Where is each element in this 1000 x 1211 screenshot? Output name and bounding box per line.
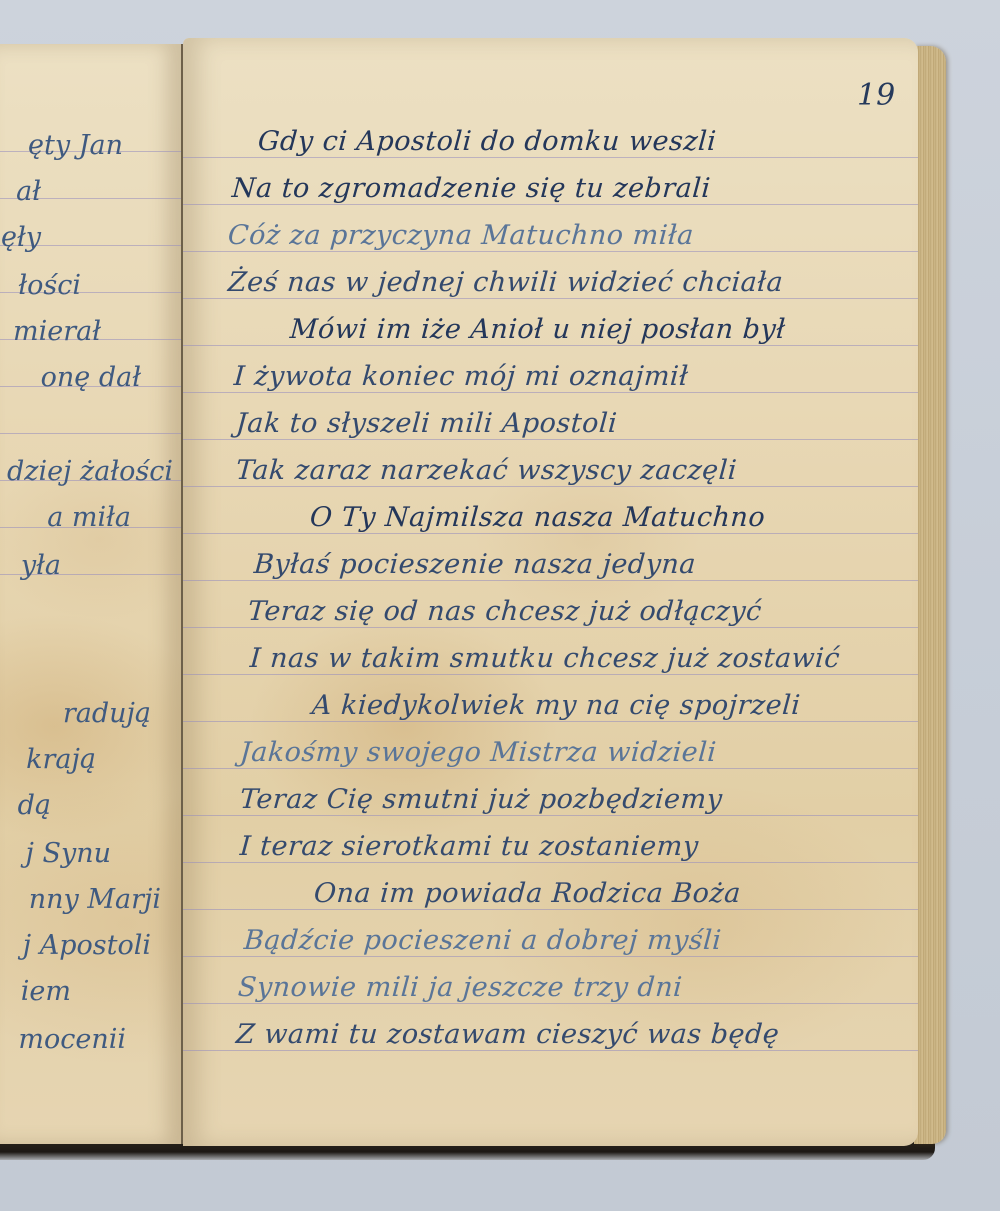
poem-line: Żeś nas w jednej chwili widzieć chciała [227,267,784,298]
left-page: ęty Jan ał ęły łości mierał onę dał dzie… [0,44,183,1144]
poem-line: Synowie mili ja jeszcze trzy dni [237,972,683,1003]
poem-line: Teraz się od nas chcesz już odłączyć [247,596,763,627]
poem-line: Ona im powiada Rodzica Boża [313,878,742,909]
left-page-line: j Synu [26,838,111,869]
poem-line: Z wami tu zostawam cieszyć was będę [235,1019,780,1050]
poem-line: Cóż za przyczyna Matuchno miła [227,220,695,251]
left-page-line: dziej żałości [7,456,173,487]
left-page-line: iem [21,976,71,1007]
left-page-line: nny Marji [29,884,161,915]
left-page-line: j Apostoli [23,930,151,961]
poem-line: Teraz Cię smutni już pozbędziemy [239,784,724,815]
left-page-line: mocenii [18,1024,126,1055]
poem-line: I żywota koniec mój mi oznajmił [233,361,690,392]
poem-line: Bądźcie pocieszeni a dobrej myśli [243,925,723,956]
poem-line: Na to zgromadzenie się tu zebrali [231,173,712,204]
left-page-line: ał [16,176,41,207]
poem-line: Mówi im iże Anioł u niej posłan był [289,314,787,345]
poem-line: I teraz sierotkami tu zostaniemy [239,831,700,862]
poem-line: A kiedykolwiek my na cię spojrzeli [311,690,802,721]
page-number: 19 [857,78,895,113]
left-page-line: mierał [13,316,101,347]
poem-line: Byłaś pocieszenie nasza jedyna [253,549,697,580]
poem-line: I nas w takim smutku chcesz już zostawić [249,643,841,674]
left-page-line: łości [18,270,81,301]
page-stack-edge [914,46,946,1144]
poem-line: Tak zaraz narzekać wszyscy zaczęli [235,455,738,486]
poem-line: Jak to słyszeli mili Apostoli [235,408,618,439]
left-page-line: yła [21,550,61,581]
poem-line: Gdy ci Apostoli do domku weszli [257,126,718,157]
poem-line: Jakośmy swojego Mistrza widzieli [239,737,718,768]
left-page-line: a miła [47,502,131,533]
notebook-photo: ęty Jan ał ęły łości mierał onę dał dzie… [0,0,1000,1211]
left-page-line: ęły [1,222,41,253]
left-page-line: dą [18,790,51,821]
left-page-line: krają [26,744,96,775]
left-page-line: onę dał [41,362,141,393]
left-page-line: ęty Jan [28,130,123,161]
left-page-line: radują [63,698,151,729]
poem-line: O Ty Najmilsza nasza Matuchno [309,502,766,533]
